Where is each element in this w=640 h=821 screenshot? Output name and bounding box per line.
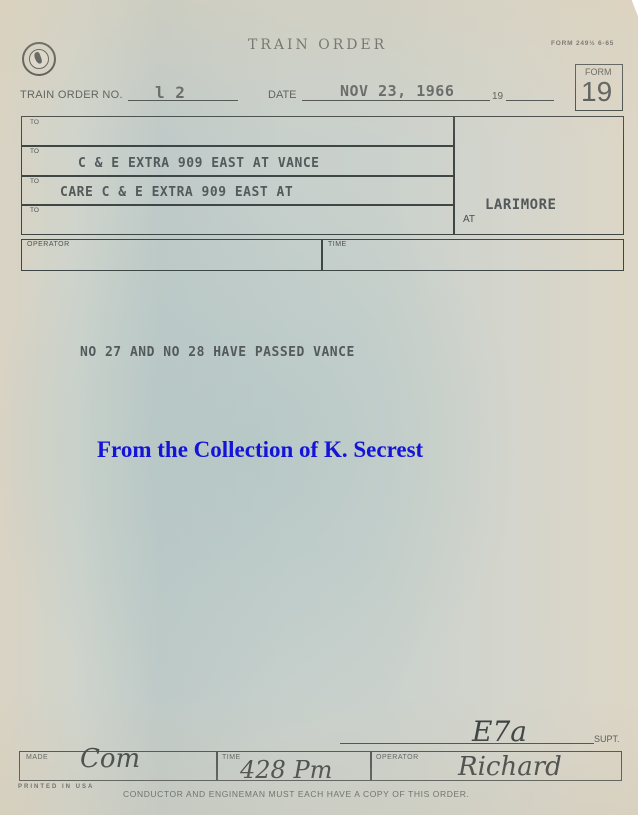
to-label: TO bbox=[30, 178, 39, 185]
bottom-divider bbox=[216, 751, 218, 781]
addressee-1: C & E EXTRA 909 EAST AT VANCE bbox=[78, 156, 319, 171]
at-location: LARIMORE bbox=[485, 197, 556, 213]
operator-label: OPERATOR bbox=[27, 241, 70, 248]
order-body: NO 27 AND NO 28 HAVE PASSED VANCE bbox=[80, 345, 355, 360]
year-line bbox=[506, 100, 554, 101]
operator-signature: Richard bbox=[458, 752, 562, 782]
date-line bbox=[302, 100, 490, 101]
bottom-time-value: 428 Pm bbox=[240, 756, 332, 784]
time-label: TIME bbox=[328, 241, 347, 248]
form-code: FORM 249½ 6-65 bbox=[551, 40, 614, 47]
at-label: AT bbox=[463, 214, 475, 225]
year-prefix: 19 bbox=[492, 91, 503, 102]
row-divider bbox=[21, 145, 453, 147]
form-number: 19 bbox=[581, 76, 612, 108]
railway-logo-icon bbox=[22, 42, 56, 76]
to-label: TO bbox=[30, 119, 39, 126]
order-number-line bbox=[128, 100, 238, 101]
order-number-label: TRAIN ORDER NO. bbox=[20, 89, 123, 101]
date-label: DATE bbox=[268, 89, 297, 101]
made-time-operator-block bbox=[19, 751, 622, 781]
supt-line bbox=[340, 743, 594, 744]
made-label: MADE bbox=[26, 754, 48, 761]
bottom-divider bbox=[370, 751, 372, 781]
supt-label: SUPT. bbox=[594, 734, 620, 744]
supt-signature: E7a bbox=[472, 715, 527, 748]
row-divider bbox=[21, 204, 453, 206]
bottom-operator-label: OPERATOR bbox=[376, 754, 419, 761]
printed-in-usa: PRINTED IN USA bbox=[18, 784, 94, 790]
bottom-time-label: TIME bbox=[222, 754, 241, 761]
date-value: NOV 23, 1966 bbox=[340, 82, 454, 100]
to-label: TO bbox=[30, 207, 39, 214]
row-divider bbox=[21, 175, 453, 177]
to-label: TO bbox=[30, 148, 39, 155]
order-number-value: l 2 bbox=[155, 83, 185, 102]
addressee-divider bbox=[453, 116, 455, 235]
operator-time-block bbox=[21, 239, 624, 271]
form-number-box bbox=[575, 64, 623, 111]
addressee-block bbox=[21, 116, 624, 235]
train-order-form: TRAIN ORDER FORM 249½ 6-65 FORM 19 TRAIN… bbox=[0, 0, 638, 815]
form-number-label: FORM bbox=[585, 67, 612, 77]
operator-time-divider bbox=[321, 239, 323, 271]
footer-notice: CONDUCTOR AND ENGINEMAN MUST EACH HAVE A… bbox=[123, 789, 469, 799]
made-signature: Com bbox=[80, 744, 140, 774]
addressee-2: CARE C & E EXTRA 909 EAST AT bbox=[60, 185, 293, 200]
form-title: TRAIN ORDER bbox=[248, 37, 387, 53]
collection-watermark: From the Collection of K. Secrest bbox=[97, 437, 423, 463]
